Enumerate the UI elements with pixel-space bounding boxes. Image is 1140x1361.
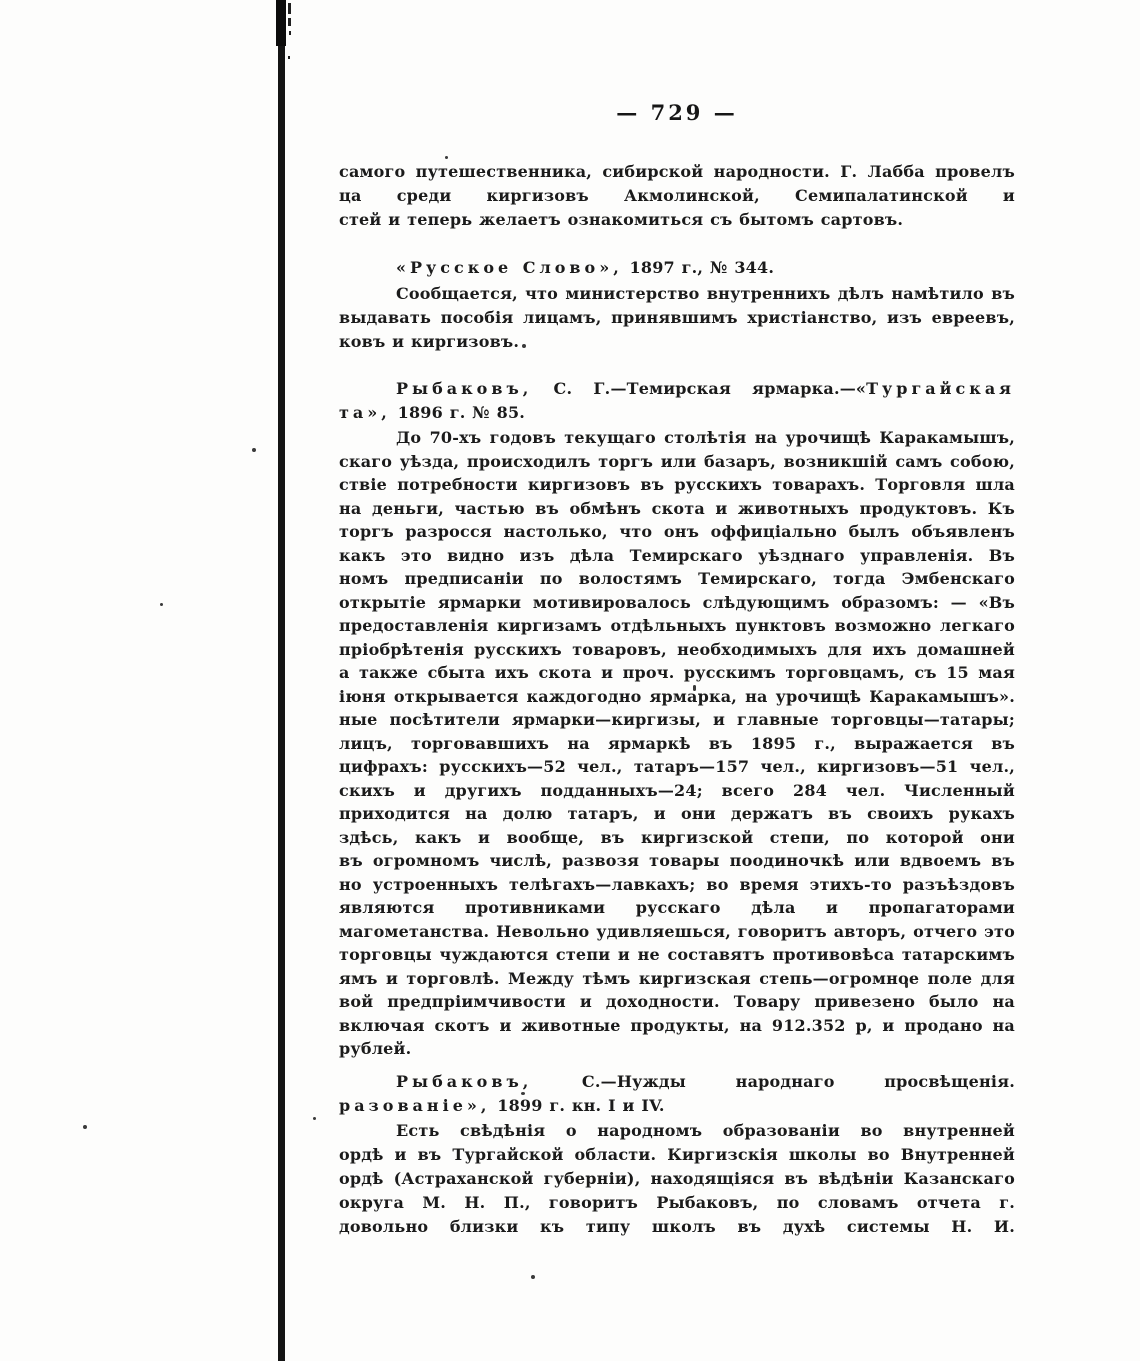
text-line: округа М. Н. П., говоритъ Рыбаковъ, по с…	[339, 1191, 1015, 1215]
text-line: ствіе потребности киргизовъ въ русскихъ …	[339, 473, 1015, 497]
entry-body-nuzhdy-prosveshcheniya: Есть свѣдѣнія о народномъ образованіи во…	[339, 1119, 1015, 1239]
text-line: включая скотъ и животные продукты, на 91…	[339, 1014, 1015, 1038]
journal-title-continued: та»,	[339, 403, 391, 422]
text-line: ямъ и торговлѣ. Между тѣмъ киргизская ст…	[339, 967, 1015, 991]
scan-tick	[288, 3, 291, 14]
binding-line	[278, 0, 285, 1361]
entry-heading-line: Рыбаковъ, С. Г.—Темирская ярмарка.—«Тург…	[339, 377, 1015, 401]
scan-tick	[288, 56, 290, 59]
scan-speck	[313, 1117, 316, 1120]
entry-heading-russkoe-slovo: «Русское Слово», 1897 г., № 344.	[339, 256, 1015, 280]
entry-heading-line: Рыбаковъ, С.—Нужды народнаго просвѣщенія…	[339, 1070, 1015, 1094]
text-line: въ огромномъ числѣ, развозя товары пооди…	[339, 849, 1015, 873]
text-line: а также сбыта ихъ скота и проч. русскимъ…	[339, 661, 1015, 685]
scan-speck	[252, 448, 256, 452]
text-line: какъ это видно изъ дѣла Темирскаго уѣздн…	[339, 544, 1015, 568]
scan-tick	[288, 18, 291, 26]
entry-title: С. Г.—Темирская ярмарка.—«	[532, 379, 866, 398]
text-line: лицъ, торговавшихъ на ярмаркѣ въ 1895 г.…	[339, 732, 1015, 756]
entry-body-temirskaya-yarmarka: До 70-хъ годовъ текущаго столѣтія на уро…	[339, 426, 1015, 1061]
entry-heading-line: «Русское Слово», 1897 г., № 344.	[339, 256, 1015, 280]
entry-body-russkoe-slovo: Сообщается, что министерство внутреннихъ…	[339, 282, 1015, 354]
entry-heading-line: та», 1896 г. № 85.	[339, 401, 1015, 425]
author-name: Рыбаковъ,	[396, 379, 532, 398]
text-line: Сообщается, что министерство внутреннихъ…	[339, 282, 1015, 306]
text-line: Есть свѣдѣнія о народномъ образованіи во…	[339, 1119, 1015, 1143]
text-line: торгъ разросся настолько, что онъ оффиці…	[339, 520, 1015, 544]
journal-reference: 1899 г. кн. I и IV.	[490, 1096, 664, 1115]
text-line: являются противниками русскаго дѣла и пр…	[339, 896, 1015, 920]
text-line: номъ предписаніи по волостямъ Темирскаго…	[339, 567, 1015, 591]
text-line: торговцы чуждаются степи и не составятъ …	[339, 943, 1015, 967]
text-line: пріобрѣтенія русскихъ товаровъ, необходи…	[339, 638, 1015, 662]
author-name: Рыбаковъ,	[396, 1072, 532, 1091]
text-line: стей и теперь желаетъ ознакомиться съ бы…	[339, 208, 1015, 232]
page-text-column: — 729 — самого путешественника, сибирско…	[339, 0, 1015, 1361]
text-line: скаго уѣзда, происходилъ торгъ или базар…	[339, 450, 1015, 474]
journal-title-continued: разованіе»,	[339, 1096, 490, 1115]
text-line: вой предпріимчивости и доходности. Товар…	[339, 990, 1015, 1014]
text-line: но устроенныхъ телѣгахъ—лавкахъ; во врем…	[339, 873, 1015, 897]
text-line: выдавать пособія лицамъ, принявшимъ хрис…	[339, 306, 1015, 330]
text-line: ные посѣтители ярмарки—киргизы, и главны…	[339, 708, 1015, 732]
text-line: цифрахъ: русскихъ—52 чел., татаръ—157 че…	[339, 755, 1015, 779]
binding-line-top	[276, 0, 286, 46]
text-line: рублей.	[339, 1037, 1015, 1061]
entry-heading-line: разованіе», 1899 г. кн. I и IV.	[339, 1094, 1015, 1118]
journal-reference: 1897 г., № 344.	[623, 258, 774, 277]
text-line: ордѣ (Астраханской губерніи), находящіяс…	[339, 1167, 1015, 1191]
journal-reference: 1896 г. № 85.	[391, 403, 525, 422]
text-line: ца среди киргизовъ Акмолинской, Семипала…	[339, 184, 1015, 208]
paragraph-continuation: самого путешественника, сибирской народн…	[339, 160, 1015, 232]
text-line: ордѣ и въ Тургайской области. Киргизскія…	[339, 1143, 1015, 1167]
text-line: магометанства. Невольно удивляешься, гов…	[339, 920, 1015, 944]
text-line: ковъ и киргизовъ.	[339, 330, 1015, 354]
scan-speck	[83, 1125, 87, 1129]
text-line: До 70-хъ годовъ текущаго столѣтія на уро…	[339, 426, 1015, 450]
text-line: самого путешественника, сибирской народн…	[339, 160, 1015, 184]
entry-heading-temirskaya-yarmarka: Рыбаковъ, С. Г.—Темирская ярмарка.—«Тург…	[339, 377, 1015, 425]
text-line: на деньги, частью въ обмѣнъ скота и живо…	[339, 497, 1015, 521]
text-line: довольно близки къ типу школъ въ духѣ си…	[339, 1215, 1015, 1239]
text-line: предоставленія киргизамъ отдѣльныхъ пунк…	[339, 614, 1015, 638]
scan-speck	[160, 603, 163, 606]
text-line: приходится на долю татаръ, и они держатъ…	[339, 802, 1015, 826]
text-line: открытіе ярмарки мотивировалось слѣдующи…	[339, 591, 1015, 615]
text-line: скихъ и другихъ подданныхъ—24; всего 284…	[339, 779, 1015, 803]
entry-heading-nuzhdy-prosveshcheniya: Рыбаковъ, С.—Нужды народнаго просвѣщенія…	[339, 1070, 1015, 1118]
text-line: здѣсь, какъ и вообще, въ киргизской степ…	[339, 826, 1015, 850]
page-number: — 729 —	[339, 100, 1015, 125]
text-line: іюня открывается каждогодно ярмарка, на …	[339, 685, 1015, 709]
scan-tick	[289, 31, 291, 35]
journal-title: «Русское Слово»,	[396, 258, 623, 277]
